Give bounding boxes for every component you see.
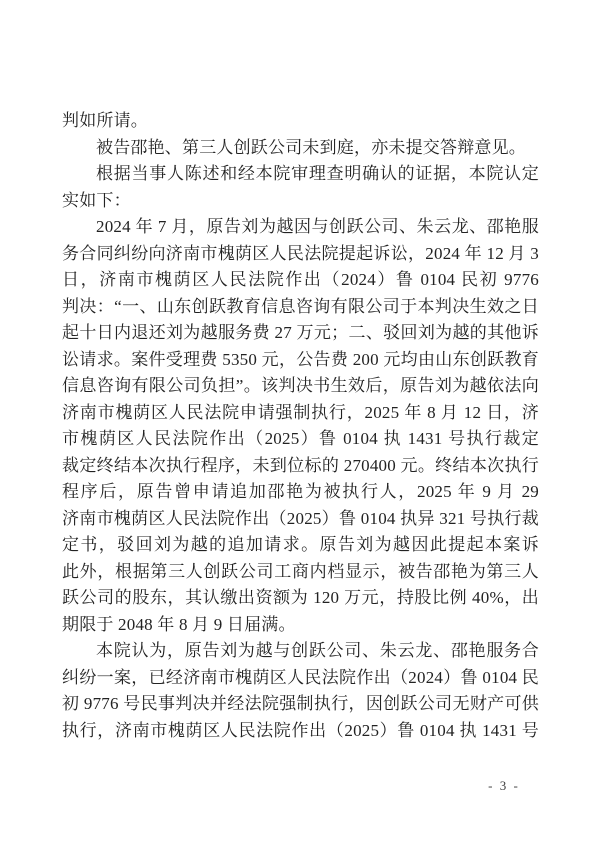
document-line: 起十日内退还刘为越服务费 27 万元；二、驳回刘为越的其他诉 [62, 320, 539, 347]
document-line: 市槐荫区人民法院作出（2025）鲁 0104 执 1431 号执行裁定书， [62, 426, 539, 453]
document-line: 济南市槐荫区人民法院申请强制执行，2025 年 8 月 12 日，济南 [62, 400, 539, 427]
document-line: 本院认为，原告刘为越与创跃公司、朱云龙、邵艳服务合同 [62, 638, 539, 665]
document-line: 执行，济南市槐荫区人民法院作出（2025）鲁 0104 执 1431 号执 [62, 718, 539, 745]
document-line: 实如下： [62, 188, 539, 215]
document-line: 信息咨询有限公司负担”。该判决书生效后，原告刘为越依法向 [62, 373, 539, 400]
document-line: 纠纷一案，已经济南市槐荫区人民法院作出（2024）鲁 0104 民 [62, 665, 539, 692]
document-line: 判如所请。 [62, 108, 539, 135]
document-line: 初 9776 号民事判决并经法院强制执行，因创跃公司无财产可供 [62, 691, 539, 718]
document-line: 程序后，原告曾申请追加邵艳为被执行人，2025 年 9 月 29 日， [62, 479, 539, 506]
document-line: 讼请求。案件受理费 5350 元，公告费 200 元均由山东创跃教育 [62, 347, 539, 374]
document-line: 日，济南市槐荫区人民法院作出（2024）鲁 0104 民初 9776 号， [62, 267, 539, 294]
document-line: 2024 年 7 月，原告刘为越因与创跃公司、朱云龙、邵艳服 [62, 214, 539, 241]
document-line: 被告邵艳、第三人创跃公司未到庭，亦未提交答辩意见。 [62, 135, 539, 162]
document-line: 判决：“一、山东创跃教育信息咨询有限公司于本判决生效之日 [62, 294, 539, 321]
document-page: 判如所请。被告邵艳、第三人创跃公司未到庭，亦未提交答辩意见。根据当事人陈述和经本… [0, 0, 600, 848]
document-line: 此外，根据第三人创跃公司工商内档显示，被告邵艳为第三人创 [62, 559, 539, 586]
document-body: 判如所请。被告邵艳、第三人创跃公司未到庭，亦未提交答辩意见。根据当事人陈述和经本… [62, 108, 539, 744]
document-line: 根据当事人陈述和经本院审理查明确认的证据，本院认定事 [62, 161, 539, 188]
page-number: - 3 - [480, 778, 528, 794]
document-line: 裁定终结本次执行程序，未到位标的 270400 元。终结本次执行 [62, 453, 539, 480]
document-line: 务合同纠纷向济南市槐荫区人民法院提起诉讼，2024 年 12 月 3 [62, 241, 539, 268]
document-line: 定书，驳回刘为越的追加请求。原告刘为越因此提起本案诉讼。 [62, 532, 539, 559]
document-line: 济南市槐荫区人民法院作出（2025）鲁 0104 执异 321 号执行裁 [62, 506, 539, 533]
document-line: 期限于 2048 年 8 月 9 日届满。 [62, 612, 539, 639]
document-line: 跃公司的股东，其认缴出资额为 120 万元，持股比例 40%，出资 [62, 585, 539, 612]
